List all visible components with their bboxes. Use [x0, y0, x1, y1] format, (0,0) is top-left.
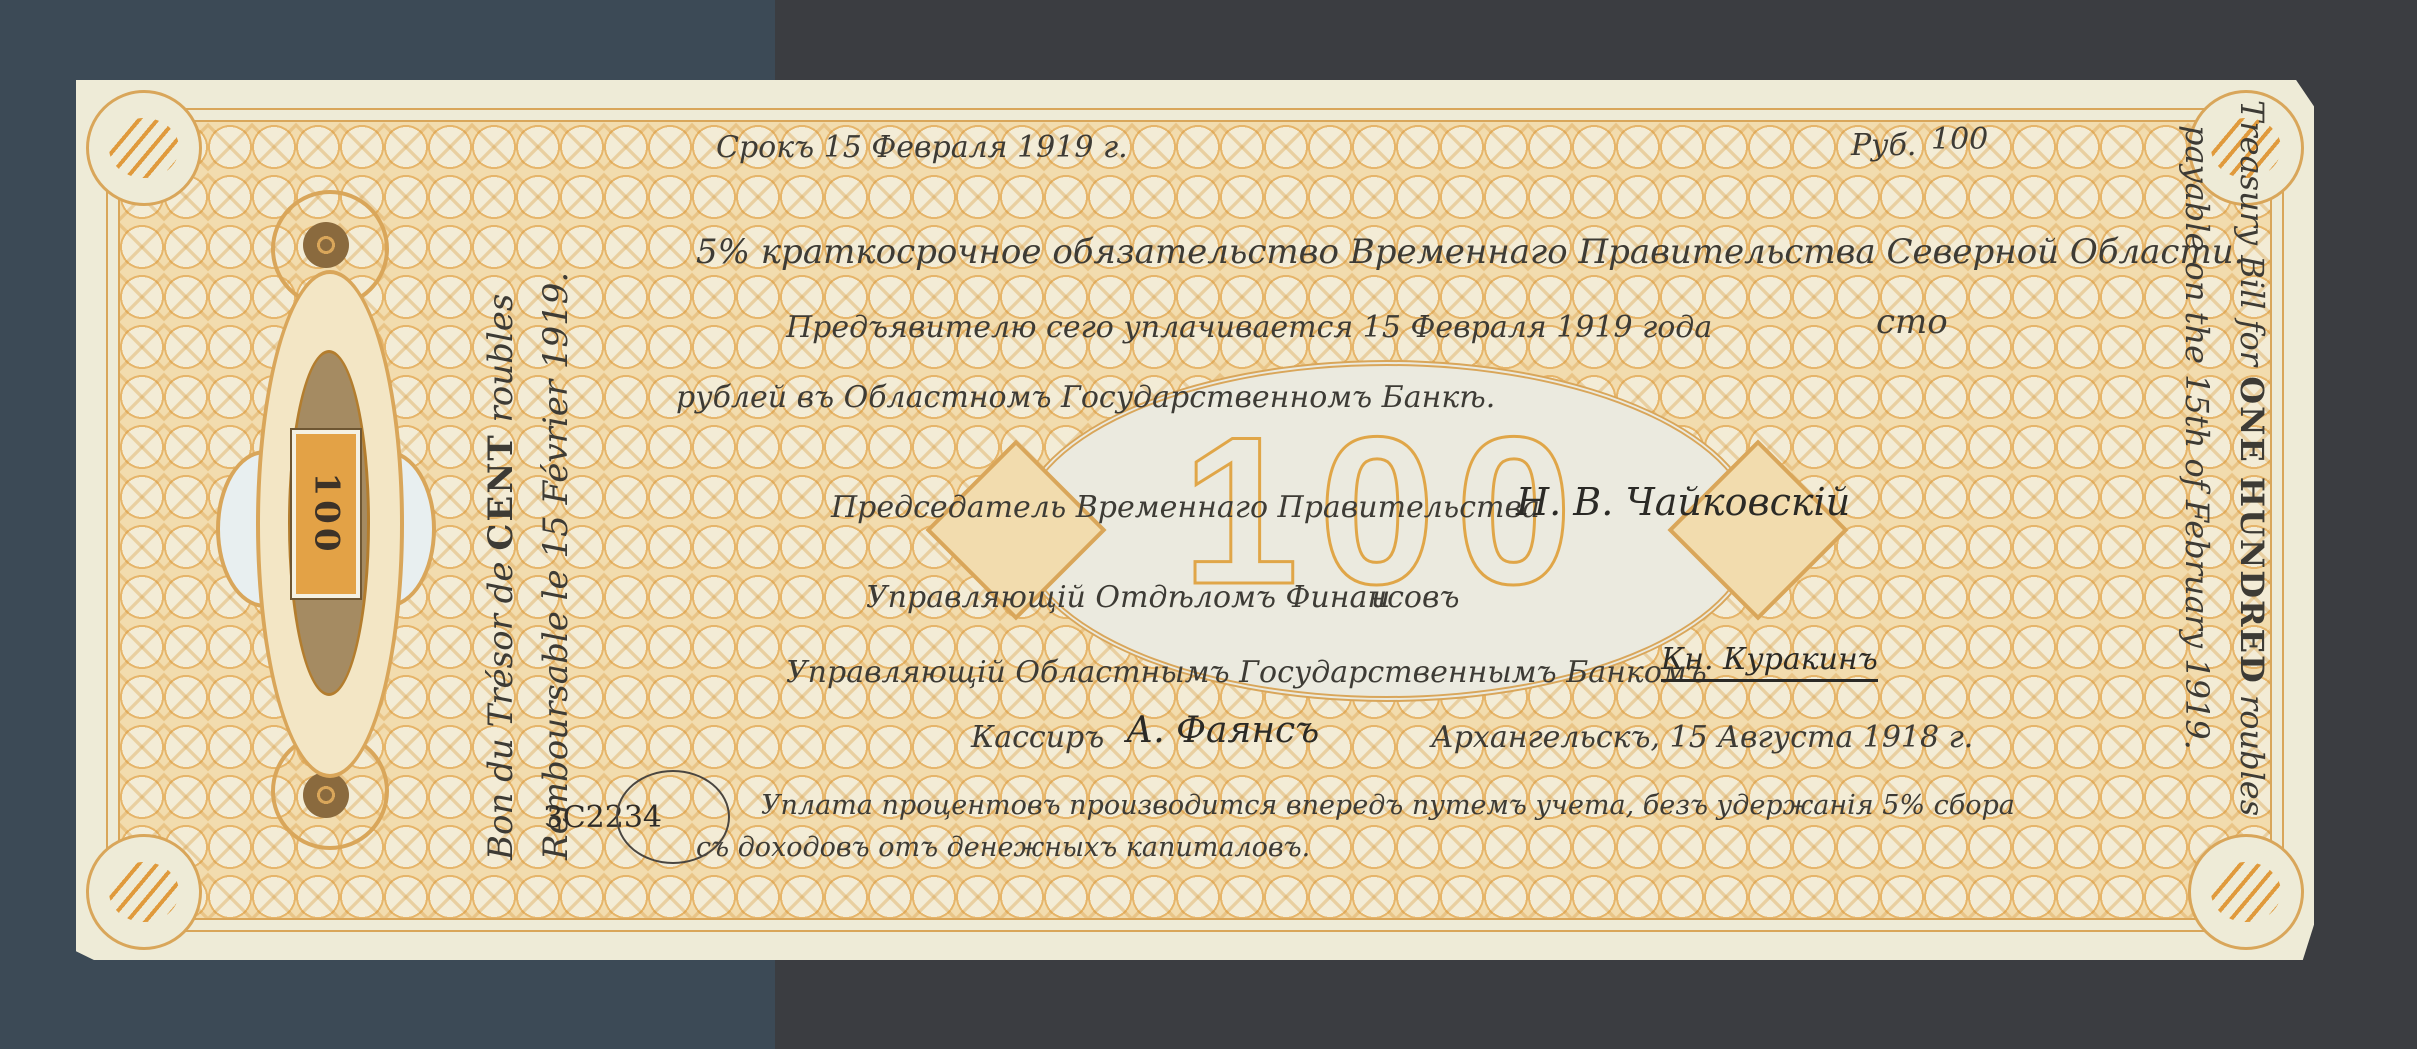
english-text-line-1: Treasury Bill for ONE HUNDRED roubles [2233, 100, 2271, 816]
french-amount: CENT [481, 433, 521, 550]
footnote-line-1: Уплата процентовъ производится впередъ п… [761, 790, 2015, 821]
body-line-1: Предъявителю сего уплачивается 15 Феврал… [786, 310, 1712, 345]
ornament-denomination-plate: 100 [292, 430, 360, 598]
chairman-signature: Н. В. Чайковскій [1516, 480, 1850, 524]
place-date: Архангельскъ, 15 Августа 1918 г. [1431, 720, 1973, 755]
corner-rosette-top-left [86, 90, 202, 206]
chairman-title: Председатель Временнаго Правительства [831, 490, 1540, 525]
obligation-title: 5% краткосрочное обязательство Временнаг… [696, 232, 2244, 272]
amount-value: 100 [1931, 122, 1988, 157]
bank-title: Управляющій Областнымъ Государственнымъ … [786, 655, 1707, 690]
corner-rosette-bottom-right [2188, 834, 2304, 950]
corner-rosette-bottom-left [86, 834, 202, 950]
finance-conjunction: и [1371, 580, 1390, 615]
body-line-2: рублей въ Областномъ Государственномъ Ба… [676, 380, 1495, 415]
english-text-line-2: payable on the 15th of February 1919. [2178, 125, 2216, 750]
bank-signature: Кн. Куракинъ [1661, 642, 1878, 682]
banknote: 100 100 Bon du Trésor de CENT roubles Re… [76, 80, 2314, 960]
term-date: Срокъ 15 Февраля 1919 г. [716, 130, 1128, 165]
serial-stamp-circle [616, 770, 730, 864]
french-text-line-1: Bon du Trésor de CENT roubles [481, 294, 521, 860]
english-suffix: roubles [2233, 695, 2271, 816]
ornament-denomination: 100 [306, 473, 346, 556]
cashier-label: Кассиръ [971, 720, 1104, 755]
amount-label: Руб. [1851, 128, 1916, 163]
body-amount-words: сто [1876, 302, 1948, 342]
french-suffix: roubles [481, 294, 521, 423]
footnote-line-2: съ доходовъ отъ денежныхъ капиталовъ. [696, 832, 1310, 863]
left-denomination-ornament: 100 [226, 190, 426, 850]
rosette-icon [303, 772, 349, 818]
serial-prefix: ЗС [544, 800, 586, 835]
french-text-line-2: Remboursable le 15 Février 1919. [536, 272, 576, 860]
rosette-icon [303, 222, 349, 268]
cashier-signature: А. Фаянсъ [1126, 710, 1319, 751]
french-prefix: Bon du Trésor de [481, 561, 521, 860]
english-amount: ONE HUNDRED [2233, 376, 2271, 685]
